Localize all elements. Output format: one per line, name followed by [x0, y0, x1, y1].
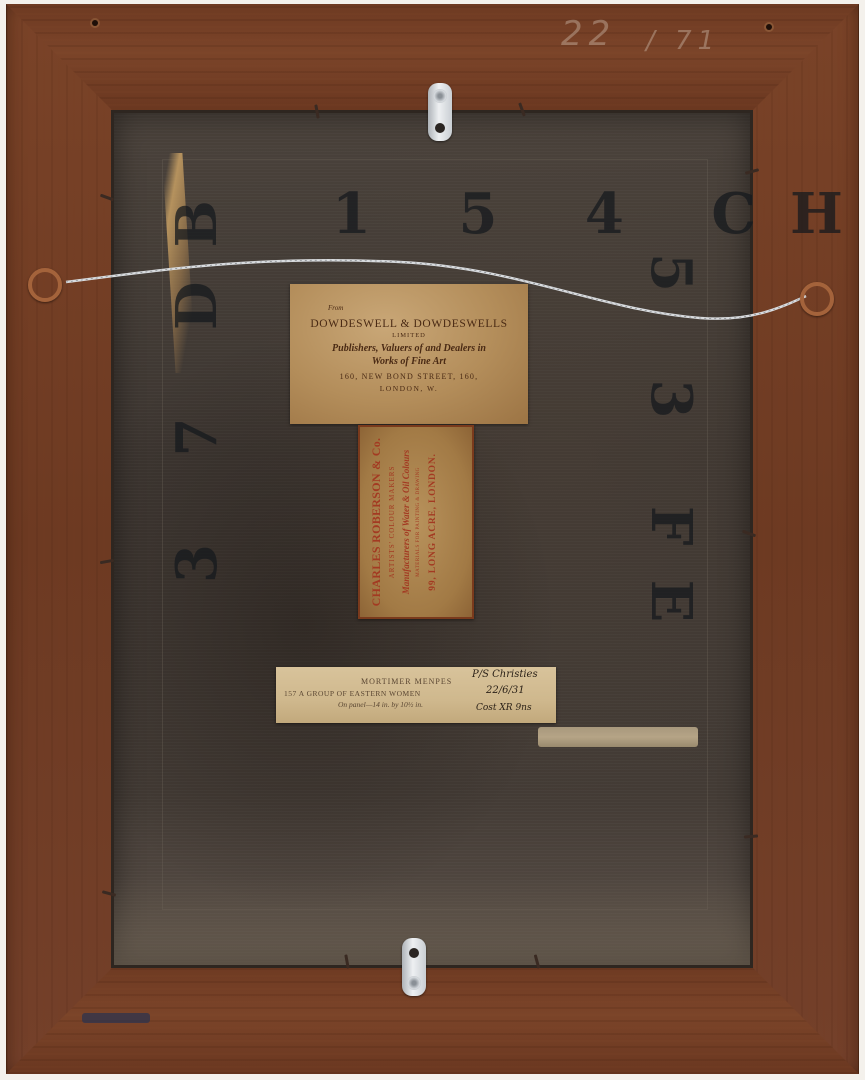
- hanging-wire: [0, 0, 865, 1080]
- d-ring-hanger-icon: [402, 938, 426, 996]
- copper-ring-icon: [800, 282, 834, 316]
- copper-ring-icon: [28, 268, 62, 302]
- d-ring-hanger-icon: [428, 83, 452, 141]
